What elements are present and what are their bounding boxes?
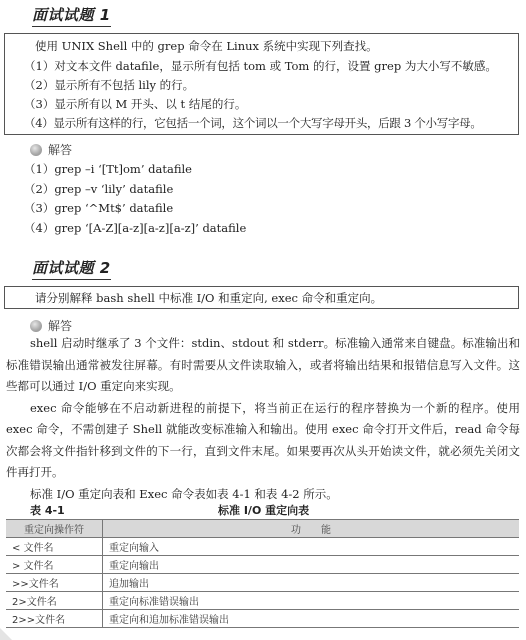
table-cell-function: 重定向和追加标准错误输出: [103, 610, 520, 628]
bullet-circle-icon: [30, 320, 42, 332]
table-header-operator: 重定向操作符: [6, 520, 103, 538]
answer-1-heading: 解答: [30, 141, 72, 158]
table-cell-operator: 2>>文件名: [6, 610, 103, 628]
io-redirection-table: 重定向操作符 功 能 < 文件名 重定向输入 > 文件名 重定向输出 >>文件名…: [6, 519, 519, 628]
table-row: 2>文件名 重定向标准错误输出: [6, 592, 519, 610]
table-row: > 文件名 重定向输出: [6, 556, 519, 574]
table-cell-function: 重定向输出: [103, 556, 520, 574]
answer-1-line-4: （4）grep ‘[A-Z][a-z][a-z][a-z]’ datafile: [24, 220, 246, 236]
table-row: 2>>文件名 重定向和追加标准错误输出: [6, 610, 519, 628]
answer-2-heading: 解答: [30, 317, 72, 334]
table-cell-operator: > 文件名: [6, 556, 103, 574]
answer-2-label: 解答: [48, 317, 72, 334]
table-cell-operator: < 文件名: [6, 538, 103, 556]
question-1-intro: 使用 UNIX Shell 中的 grep 命令在 Linux 系统中实现下列查…: [35, 38, 378, 54]
answer-1-line-3: （3）grep ‘^Mt$’ datafile: [24, 200, 173, 216]
table-number: 表 4-1: [30, 502, 65, 518]
table-row: >>文件名 追加输出: [6, 574, 519, 592]
table-title: 标准 I/O 重定向表: [218, 502, 309, 518]
answer-1-line-1: （1）grep –i ‘[Tt]om’ datafile: [24, 161, 192, 177]
table-header-row: 重定向操作符 功 能: [6, 520, 519, 538]
table-cell-operator: 2>文件名: [6, 592, 103, 610]
answer-1-line-2: （2）grep –v ‘lily’ datafile: [24, 181, 173, 197]
question-1-heading: 面试试题 1: [32, 4, 111, 27]
answer-2-paragraph-2: exec 命令能够在不启动新进程的前提下，将当前正在运行的程序替换为一个新的程序…: [6, 398, 520, 484]
table-row: < 文件名 重定向输入: [6, 538, 519, 556]
question-1-item-4: （4）显示所有这样的行，它包括一个词，这个词以一个大写字母开头，后跟 3 个小写…: [24, 115, 482, 131]
table-cell-operator: >>文件名: [6, 574, 103, 592]
answer-2-paragraph-1: shell 启动时继承了 3 个文件：stdin、stdout 和 stderr…: [6, 333, 520, 398]
question-1-item-2: （2）显示所有不包括 lily 的行。: [24, 77, 194, 93]
table-cell-function: 追加输出: [103, 574, 520, 592]
question-2-heading: 面试试题 2: [32, 257, 111, 280]
table-cell-function: 重定向标准错误输出: [103, 592, 520, 610]
question-1-item-1: （1）对文本文件 datafile，显示所有包括 tom 或 Tom 的行，设置…: [24, 58, 497, 74]
question-1-item-3: （3）显示所有以 M 开头、以 t 结尾的行。: [24, 96, 246, 112]
table-header-function: 功 能: [103, 520, 520, 538]
bullet-circle-icon: [30, 144, 42, 156]
answer-2-body: shell 启动时继承了 3 个文件：stdin、stdout 和 stderr…: [6, 333, 520, 505]
table-cell-function: 重定向输入: [103, 538, 520, 556]
question-2-text: 请分别解释 bash shell 中标准 I/O 和重定向, exec 命令和重…: [35, 290, 382, 306]
answer-1-label: 解答: [48, 141, 72, 158]
page-corner-decoration: [0, 628, 12, 640]
